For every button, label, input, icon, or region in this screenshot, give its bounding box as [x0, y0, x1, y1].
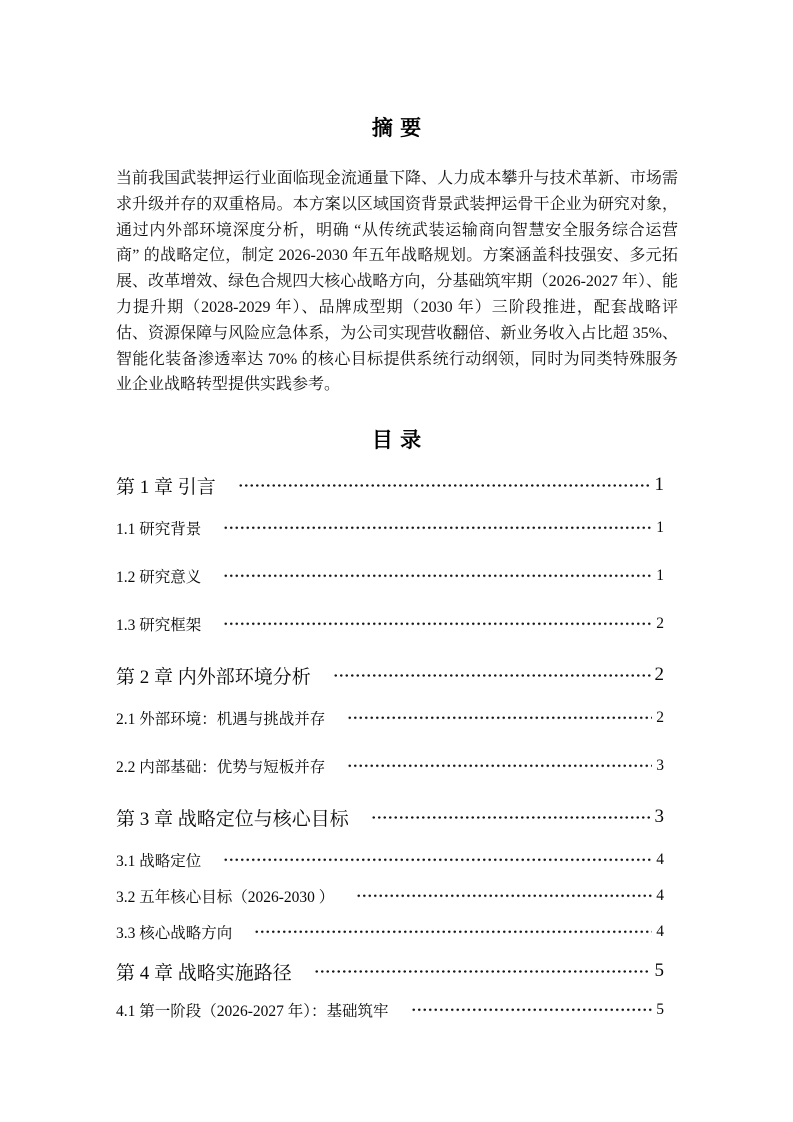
toc-entry-label: 第 2 章 内外部环境分析 [116, 662, 311, 689]
toc-entry-chapter-2[interactable]: 第 2 章 内外部环境分析 2 [116, 660, 664, 690]
toc-entry-label: 2.2 内部基础：优势与短板并存 [116, 755, 325, 777]
toc-title: 目 录 [116, 424, 678, 454]
toc-leader-dots [314, 962, 651, 981]
toc-entry-1-1[interactable]: 1.1 研究背景 1 [116, 516, 664, 540]
toc-entry-2-1[interactable]: 2.1 外部环境：机遇与挑战并存 2 [116, 706, 664, 730]
abstract-title: 摘 要 [116, 112, 678, 142]
toc-entry-page: 5 [655, 960, 665, 982]
toc-entry-label: 第 4 章 战略实施路径 [116, 958, 292, 985]
toc-entry-4-1[interactable]: 4.1 第一阶段（2026-2027 年）：基础筑牢 5 [116, 998, 664, 1022]
toc-entry-label: 第 3 章 战略定位与核心目标 [116, 804, 349, 831]
toc-entry-label: 1.2 研究意义 [116, 565, 201, 587]
toc-leader-dots [223, 568, 652, 584]
toc-entry-page: 1 [656, 519, 664, 537]
toc-leader-dots [347, 710, 652, 726]
toc-list: 第 1 章 引言 1 1.1 研究背景 1 1.2 研究意义 1 1.3 研究框… [116, 470, 678, 1022]
toc-entry-page: 2 [656, 615, 664, 633]
toc-leader-dots [223, 520, 652, 536]
toc-entry-label: 3.3 核心战略方向 [116, 921, 232, 943]
toc-leader-dots [254, 924, 652, 940]
toc-entry-label: 2.1 外部环境：机遇与挑战并存 [116, 707, 325, 729]
toc-entry-page: 5 [656, 1001, 664, 1019]
abstract-body: 当前我国武装押运行业面临现金流通量下降、人力成本攀升与技术革新、市场需求升级并存… [116, 166, 678, 398]
toc-leader-dots [411, 1002, 653, 1018]
document-page: 摘 要 当前我国武装押运行业面临现金流通量下降、人力成本攀升与技术革新、市场需求… [0, 0, 793, 1122]
toc-entry-chapter-1[interactable]: 第 1 章 引言 1 [116, 470, 664, 500]
toc-entry-2-2[interactable]: 2.2 内部基础：优势与短板并存 3 [116, 754, 664, 778]
toc-entry-page: 2 [655, 664, 665, 686]
toc-entry-page: 2 [656, 709, 664, 727]
toc-entry-label: 第 1 章 引言 [116, 472, 216, 499]
toc-entry-page: 4 [656, 923, 664, 941]
toc-entry-page: 3 [655, 806, 665, 828]
toc-entry-label: 3.1 战略定位 [116, 849, 201, 871]
toc-entry-page: 4 [656, 851, 664, 869]
toc-leader-dots [223, 616, 652, 632]
toc-entry-page: 1 [655, 474, 665, 496]
toc-leader-dots [223, 852, 652, 868]
toc-entry-3-3[interactable]: 3.3 核心战略方向 4 [116, 920, 664, 944]
toc-entry-label: 3.2 五年核心目标（2026-2030 ） [116, 885, 334, 907]
toc-entry-page: 3 [656, 757, 664, 775]
toc-leader-dots [333, 666, 651, 685]
toc-entry-chapter-4[interactable]: 第 4 章 战略实施路径 5 [116, 956, 664, 986]
toc-entry-3-2[interactable]: 3.2 五年核心目标（2026-2030 ） 4 [116, 884, 664, 908]
toc-entry-1-2[interactable]: 1.2 研究意义 1 [116, 564, 664, 588]
toc-leader-dots [371, 808, 651, 827]
toc-entry-page: 4 [656, 887, 664, 905]
toc-entry-label: 1.1 研究背景 [116, 517, 201, 539]
toc-entry-3-1[interactable]: 3.1 战略定位 4 [116, 848, 664, 872]
toc-entry-page: 1 [656, 567, 664, 585]
toc-leader-dots [347, 758, 652, 774]
toc-entry-label: 1.3 研究框架 [116, 613, 201, 635]
toc-leader-dots [356, 888, 652, 904]
toc-entry-1-3[interactable]: 1.3 研究框架 2 [116, 612, 664, 636]
toc-leader-dots [238, 476, 651, 495]
toc-entry-label: 4.1 第一阶段（2026-2027 年）：基础筑牢 [116, 999, 389, 1021]
toc-entry-chapter-3[interactable]: 第 3 章 战略定位与核心目标 3 [116, 802, 664, 832]
